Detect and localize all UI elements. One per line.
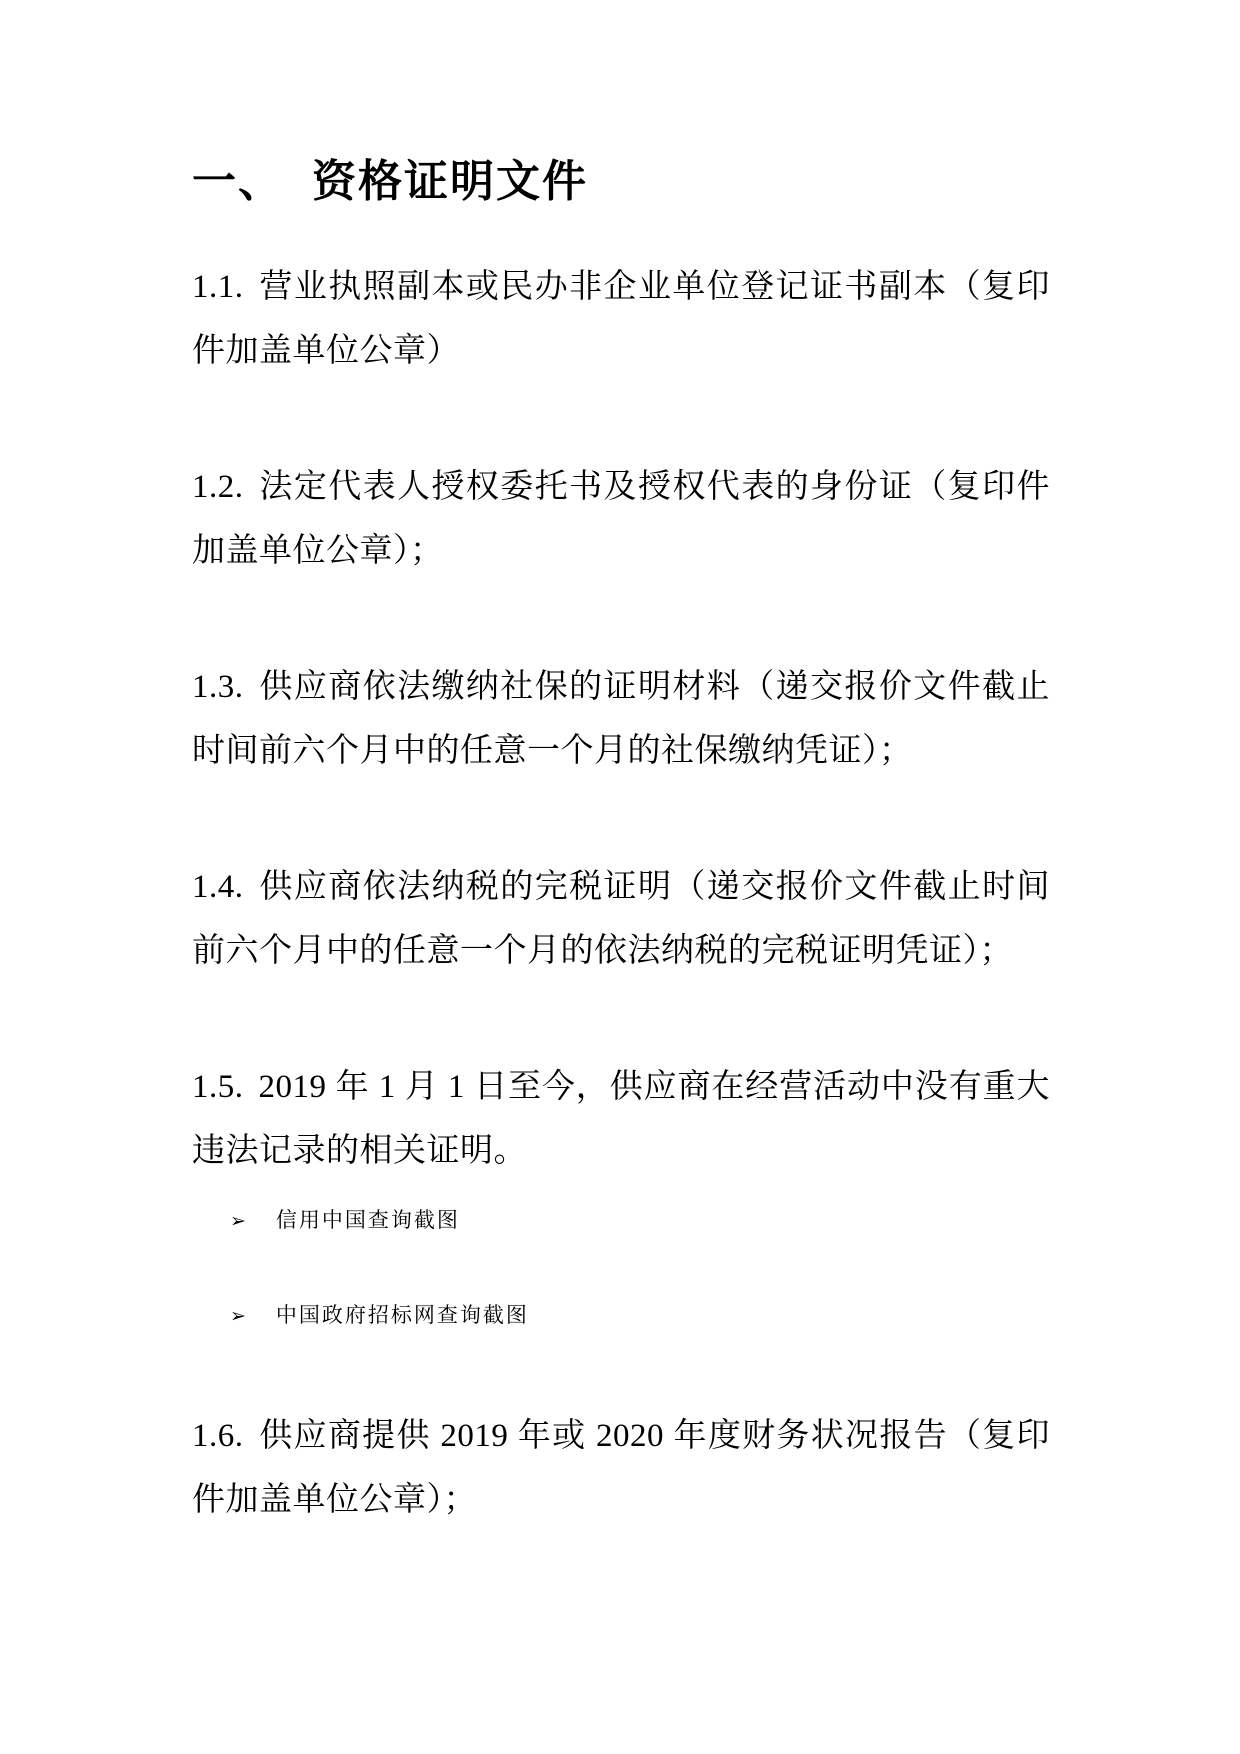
sub-bullet-list: ➢信用中国查询截图 ➢中国政府招标网查询截图	[230, 1205, 1050, 1332]
list-item-1-3: 1.3.供应商依法缴纳社保的证明材料（递交报价文件截止时间前六个月中的任意一个月…	[192, 655, 1050, 783]
item-number: 1.1.	[192, 269, 244, 305]
item-text: 供应商提供 2019 年或 2020 年度财务状况报告（复印件加盖单位公章）；	[192, 1418, 1050, 1518]
list-item-1-4: 1.4.供应商依法纳税的完税证明（递交报价文件截止时间前六个月中的任意一个月的依…	[192, 855, 1050, 983]
section-heading-number: 一、	[192, 157, 284, 206]
arrow-bullet-icon: ➢	[230, 1207, 246, 1237]
section-heading: 一、资格证明文件	[192, 158, 1050, 206]
item-number: 1.6.	[192, 1418, 244, 1454]
item-number: 1.4.	[192, 869, 244, 905]
document-page: 一、资格证明文件 1.1.营业执照副本或民办非企业单位登记证书副本（复印件加盖单…	[0, 0, 1240, 1754]
list-item-1-2: 1.2.法定代表人授权委托书及授权代表的身份证（复印件加盖单位公章）；	[192, 455, 1050, 583]
item-number: 1.5.	[192, 1069, 244, 1105]
item-number: 1.3.	[192, 669, 244, 705]
bullet-label: 信用中国查询截图	[276, 1208, 460, 1232]
item-number: 1.2.	[192, 469, 244, 505]
item-text: 供应商依法纳税的完税证明（递交报价文件截止时间前六个月中的任意一个月的依法纳税的…	[192, 869, 1050, 969]
list-item-1-5: 1.5.2019 年 1 月 1 日至今，供应商在经营活动中没有重大违法记录的相…	[192, 1055, 1050, 1183]
section-heading-title: 资格证明文件	[312, 157, 588, 206]
bullet-item-credit-china: ➢信用中国查询截图	[230, 1205, 1050, 1237]
list-item-1-6: 1.6.供应商提供 2019 年或 2020 年度财务状况报告（复印件加盖单位公…	[192, 1404, 1050, 1532]
bullet-item-gov-bidding-site: ➢中国政府招标网查询截图	[230, 1300, 1050, 1332]
item-text: 供应商依法缴纳社保的证明材料（递交报价文件截止时间前六个月中的任意一个月的社保缴…	[192, 669, 1050, 769]
item-text: 营业执照副本或民办非企业单位登记证书副本（复印件加盖单位公章）	[192, 269, 1050, 369]
item-text: 2019 年 1 月 1 日至今，供应商在经营活动中没有重大违法记录的相关证明。	[192, 1069, 1050, 1169]
list-item-1-1: 1.1.营业执照副本或民办非企业单位登记证书副本（复印件加盖单位公章）	[192, 255, 1050, 383]
item-text: 法定代表人授权委托书及授权代表的身份证（复印件加盖单位公章）；	[192, 469, 1050, 569]
arrow-bullet-icon: ➢	[230, 1302, 246, 1332]
bullet-label: 中国政府招标网查询截图	[276, 1303, 529, 1327]
